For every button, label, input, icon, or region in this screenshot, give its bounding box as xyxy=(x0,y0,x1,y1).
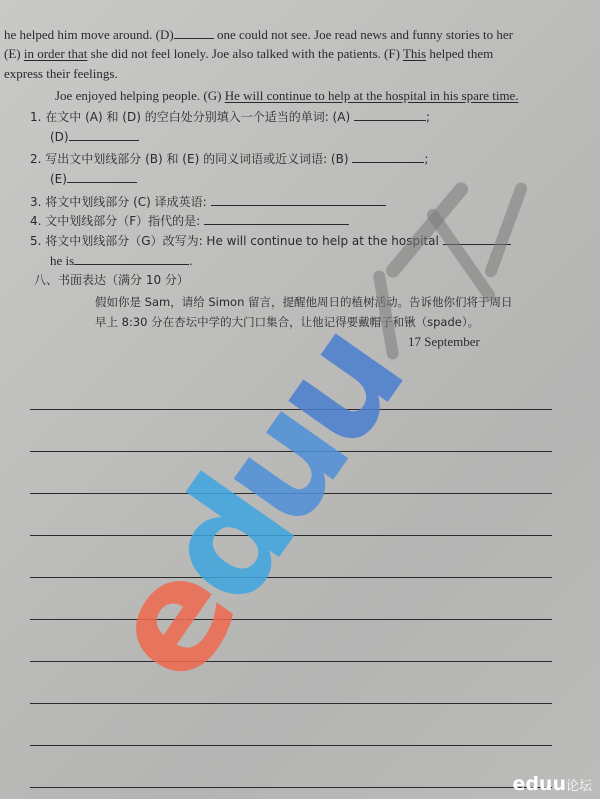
punct: ; xyxy=(426,110,430,124)
writing-line[interactable] xyxy=(30,745,552,746)
watermark-stroke xyxy=(425,207,498,304)
answer-blank-b[interactable] xyxy=(352,150,424,163)
passage-text: Joe enjoyed helping people. (G) xyxy=(55,88,225,103)
underlined-e: in order that xyxy=(24,46,88,61)
writing-line[interactable] xyxy=(30,787,552,788)
logo-cn: 论坛 xyxy=(566,779,592,794)
punct: ; xyxy=(424,152,428,166)
question-5-b: he is. xyxy=(50,252,192,269)
passage-line-3: express their feelings. xyxy=(4,66,118,82)
question-2: 2. 写出文中划线部分 (B) 和 (E) 的同义词语或近义词语: (B) ; xyxy=(30,150,428,167)
answer-blank-a[interactable] xyxy=(354,108,426,121)
passage-line-1: he helped him move around. (D) one could… xyxy=(4,26,513,43)
question-1: 1. 在文中 (A) 和 (D) 的空白处分别填入一个适当的单词: (A) ; xyxy=(30,108,430,125)
answer-blank-d[interactable] xyxy=(69,128,139,141)
question-text: 3. 将文中划线部分 (C) 译成英语: xyxy=(30,195,207,209)
passage-text: he helped him move around. (D) xyxy=(4,27,174,42)
underlined-f: This xyxy=(403,46,426,61)
watermark-stroke xyxy=(383,180,471,281)
question-text: 1. 在文中 (A) 和 (D) 的空白处分别填入一个适当的单词: (A) xyxy=(30,110,350,124)
question-4: 4. 文中划线部分（F）指代的是: xyxy=(30,212,349,229)
question-1-d: (D) xyxy=(50,128,139,145)
answer-blank-e[interactable] xyxy=(67,170,137,183)
question-3: 3. 将文中划线部分 (C) 译成英语: xyxy=(30,193,386,210)
blank-d xyxy=(174,26,214,39)
eduu-logo: eduu论坛 xyxy=(512,773,592,795)
question-text: he is xyxy=(50,253,74,268)
question-text: 4. 文中划线部分（F）指代的是: xyxy=(30,214,200,228)
question-text: (E) xyxy=(50,172,67,186)
underlined-g: He will continue to help at the hospital… xyxy=(225,88,519,103)
question-2-e: (E) xyxy=(50,170,137,187)
logo-text: eduu xyxy=(512,773,566,795)
passage-line-2: (E) in order that she did not feel lonel… xyxy=(4,46,493,62)
answer-blank-g2[interactable] xyxy=(74,252,189,265)
passage-text: (E) xyxy=(4,46,24,61)
answer-blank-c[interactable] xyxy=(211,193,386,206)
exam-page: he helped him move around. (D) one could… xyxy=(0,0,600,799)
question-text: 2. 写出文中划线部分 (B) 和 (E) 的同义词语或近义词语: (B) xyxy=(30,152,349,166)
passage-line-4: Joe enjoyed helping people. (G) He will … xyxy=(55,88,519,104)
watermark-stroke xyxy=(483,181,528,279)
question-text: (D) xyxy=(50,130,69,144)
passage-text: helped them xyxy=(426,46,493,61)
passage-text: she did not feel lonely. Joe also talked… xyxy=(87,46,403,61)
passage-text: one could not see. Joe read news and fun… xyxy=(217,27,513,42)
